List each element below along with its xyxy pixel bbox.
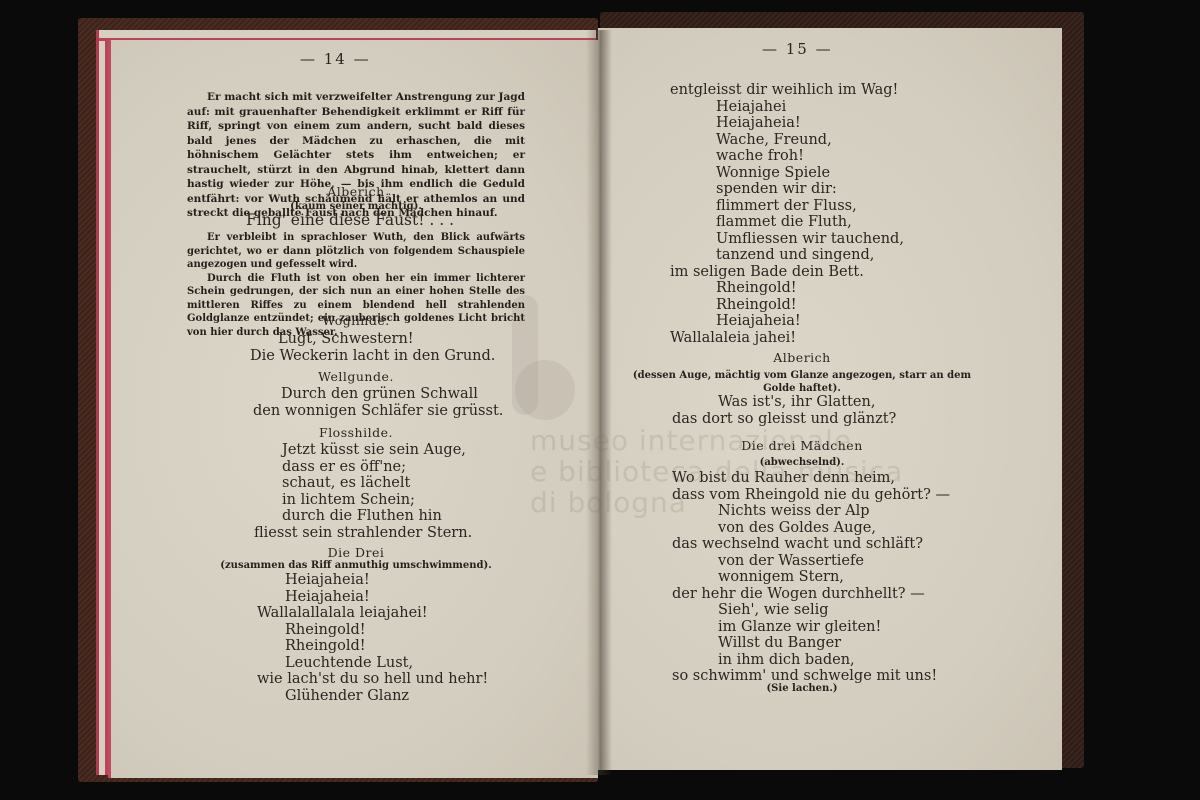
character-flosshilde: Flosshilde. <box>187 425 525 440</box>
direction-die-drei: (zusammen das Riff anmuthig umschwimmend… <box>187 559 525 572</box>
verse-die-drei: Heiajaheia! Heiajaheia! Wallalallalala l… <box>257 572 488 704</box>
direction-alberich-right: (dessen Auge, mächtig vom Glanze angezog… <box>632 369 972 395</box>
verse-woglinde: Lugt, Schwestern! Die Weckerin lacht in … <box>250 331 495 364</box>
verse-die-drei-maedchen: Wo bist du Rauher denn heim, dass vom Rh… <box>672 470 950 685</box>
verse-alberich-fist: Fing' eine diese Faust! . . . <box>246 212 454 229</box>
verse-alberich-gold: Was ist's, ihr Glatten, das dort so glei… <box>672 394 896 427</box>
verse-rhinemaidens-continued: entgleisst dir weihlich im Wag! Heiajahe… <box>670 82 904 346</box>
character-die-drei-maedchen: Die drei Mädchen <box>632 438 972 453</box>
character-wellgunde: Wellgunde. <box>187 369 525 384</box>
verse-wellgunde: Durch den grünen Schwall den wonnigen Sc… <box>253 386 503 419</box>
character-alberich-right: Alberich <box>632 350 972 365</box>
direction-sie-lachen: (Sie lachen.) <box>632 682 972 695</box>
direction-abwechselnd: (abwechselnd). <box>632 456 972 469</box>
character-die-drei: Die Drei <box>187 545 525 560</box>
verse-flosshilde: Jetzt küsst sie sein Auge, dass er es öf… <box>254 442 472 541</box>
character-alberich-left: Alberich <box>187 184 525 199</box>
page-number-right: — 15 — <box>762 40 833 58</box>
page-number-left: — 14 — <box>300 50 371 68</box>
book-gutter <box>586 30 612 775</box>
character-woglinde: Woglinde. <box>187 313 525 328</box>
